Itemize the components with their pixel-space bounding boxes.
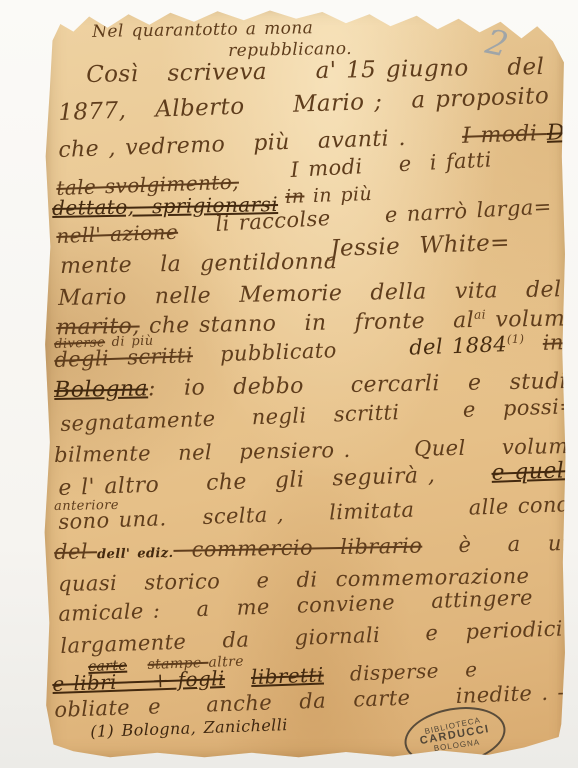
text-segment (524, 331, 543, 356)
text-segment: volume (486, 306, 578, 333)
handwritten-line: Jessie White= (330, 232, 510, 261)
struck-text-segment: Bologna (54, 376, 148, 403)
handwritten-line: mente la gentildonna (60, 251, 338, 278)
handwritten-line: I modi e i fatti (290, 149, 492, 181)
struck-text-segment: libretti (251, 663, 324, 690)
text-segment: del 1884 (409, 332, 508, 359)
handwritten-line: del dell' ediz. commercio librario è a u… (54, 532, 578, 563)
struck-text-segment: tr (565, 563, 578, 587)
handwritten-line: 1877, Alberto Mario ; a proposito di (58, 83, 578, 125)
scan-background: Nel quarantotto a mona repubblicano. Cos… (0, 0, 578, 768)
text-segment: Mario nelle Memorie della vita del (58, 277, 562, 311)
text-segment: pubblicato (192, 336, 409, 368)
struck-text-segment: e libri + fogli (52, 666, 225, 696)
text-segment: 1877, Alberto Mario ; a proposito di (58, 81, 578, 126)
footnote-marker: (1) (507, 332, 525, 347)
inserted-text-segment: ai (474, 307, 486, 321)
handwritten-line-header-1: Nel quarantotto a mona (92, 20, 313, 41)
struck-text-segment: I modi (462, 121, 548, 149)
struck-text-segment: e quello (491, 458, 578, 486)
text-segment: Jessie White= (330, 230, 510, 262)
struck-text-segment: in (542, 330, 564, 355)
text-segment: e l' altro che gli seguirà , (58, 461, 492, 501)
library-stamp: BIBLIOTECA CARDUCCI BOLOGNA (400, 700, 510, 768)
struck-text-segment: Di (546, 120, 572, 146)
text-segment: è a un officio (422, 530, 578, 558)
text-segment: Nel quarantotto a mona (92, 18, 313, 42)
text-segment: Così scriveva a' 15 giugno del (86, 54, 545, 88)
handwritten-line: Così scriveva a' 15 giugno del (86, 56, 545, 87)
struck-text-segment: degli scritti (54, 343, 193, 372)
footnote-line: (1) Bologna, Zanichelli (90, 717, 288, 740)
text-segment: disperse e (323, 657, 477, 686)
struck-text-segment: nell' azione (56, 220, 179, 248)
handwritten-line: Mario nelle Memorie della vita del (58, 279, 562, 310)
inserted-text-segment: dell' ediz. (97, 546, 174, 562)
text-segment (224, 665, 251, 690)
struck-text-segment: commercio librario (173, 534, 422, 562)
text-segment: mente la gentildonna (60, 249, 338, 279)
handwritten-line: nell' azione (56, 222, 178, 246)
manuscript-paper: Nel quarantotto a mona repubblicano. Cos… (42, 6, 566, 758)
struck-text-segment: in (285, 185, 305, 208)
struck-text-segment: del (54, 539, 97, 564)
